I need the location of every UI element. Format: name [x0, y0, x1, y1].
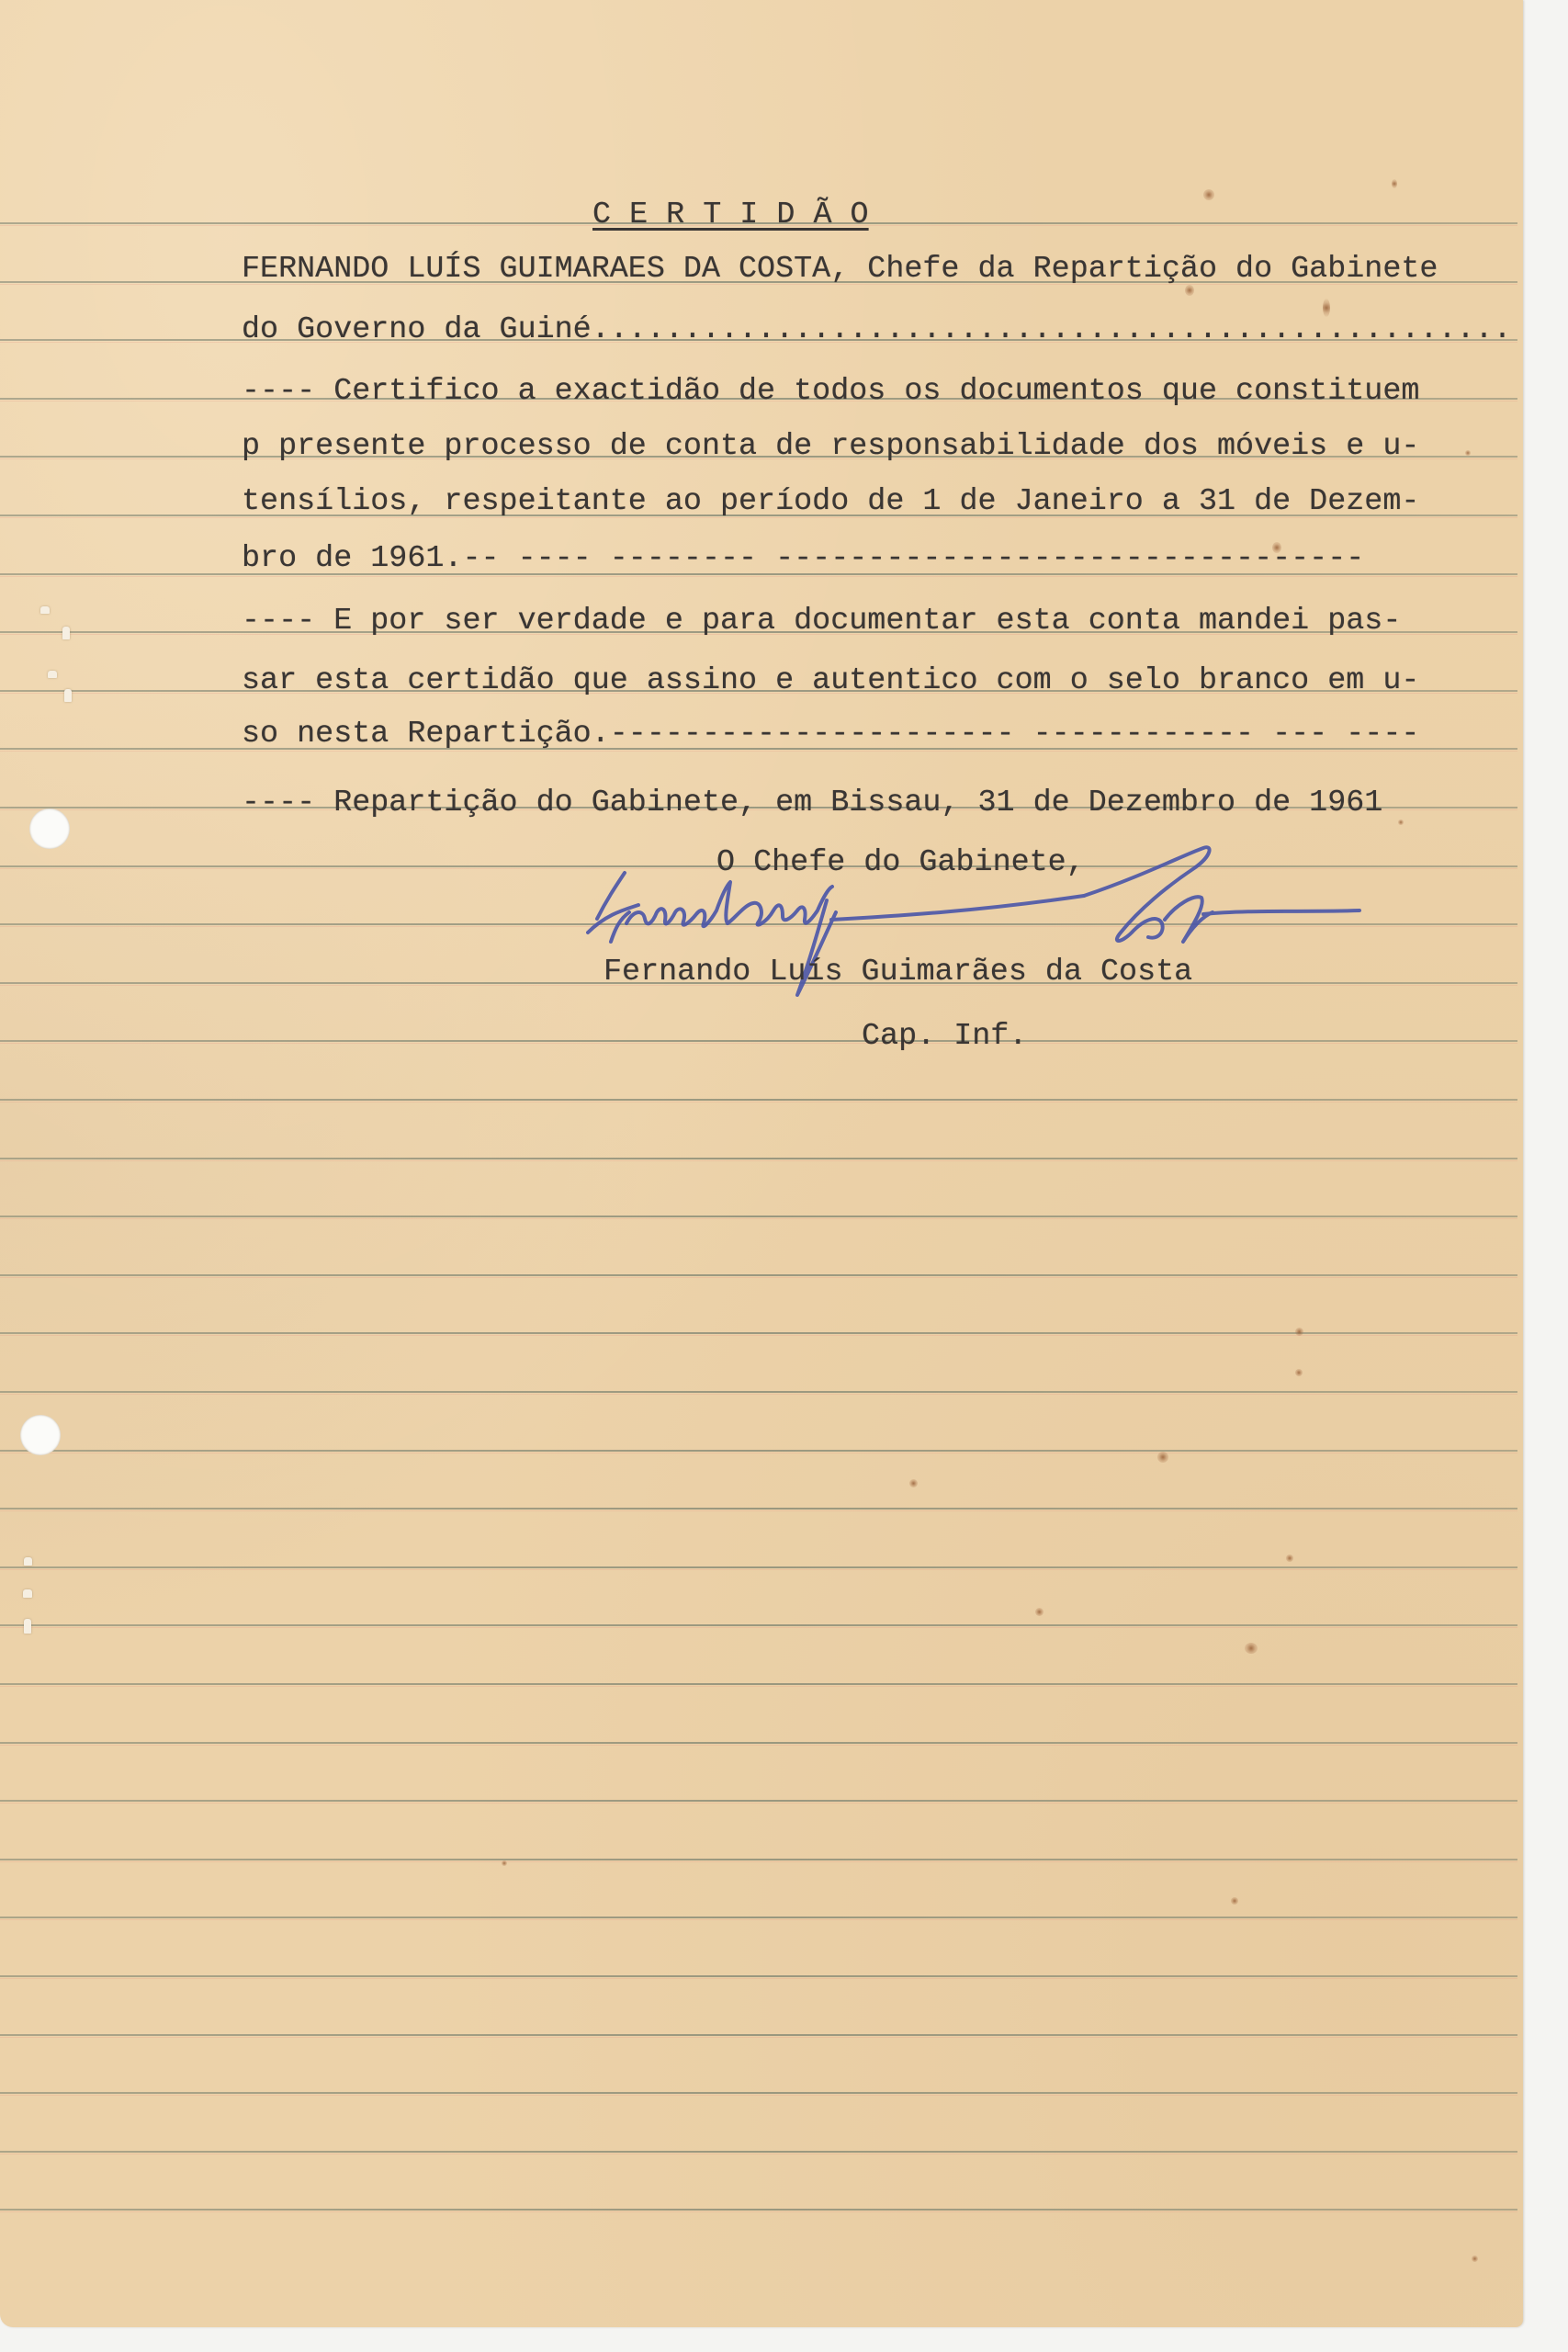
ruled-line: [0, 1566, 1517, 1568]
document-title: C E R T I D Ã O: [592, 200, 869, 231]
staple-tear-icon: [24, 1619, 31, 1634]
stain-spot: [909, 1479, 918, 1487]
ruled-line: [0, 1624, 1517, 1626]
ruled-line: [0, 1800, 1517, 1802]
body-line: p presente processo de conta de responsa…: [242, 432, 1419, 462]
staple-tear-icon: [40, 606, 50, 614]
body-line: ---- Certifico a exactidão de todos os d…: [242, 377, 1419, 407]
ruled-line: [0, 1450, 1517, 1452]
staple-tear-icon: [24, 1557, 32, 1566]
body-line: do Governo da Guiné.....................…: [242, 315, 1512, 345]
stain-spot: [1465, 450, 1471, 456]
stain-spot: [1231, 1897, 1238, 1905]
ruled-line: [0, 2209, 1517, 2211]
document-page: C E R T I D Ã O FERNANDO LUÍS GUIMARAES …: [0, 0, 1523, 2327]
body-line: FERNANDO LUÍS GUIMARAES DA COSTA, Chefe …: [242, 254, 1438, 285]
punch-hole-icon: [29, 808, 70, 849]
stain-spot: [502, 1860, 507, 1866]
ruled-line: [0, 1975, 1517, 1977]
ruled-line: [0, 1274, 1517, 1276]
ruled-line: [0, 1742, 1517, 1744]
stain-spot: [1398, 820, 1404, 825]
body-line: sar esta certidão que assino e autentico…: [242, 666, 1419, 696]
stain-spot: [1286, 1555, 1293, 1562]
stain-spot: [1203, 189, 1214, 200]
stain-spot: [1157, 1452, 1168, 1463]
stain-spot: [1392, 179, 1397, 188]
stain-spot: [1295, 1369, 1303, 1376]
staple-tear-icon: [48, 671, 57, 678]
ruled-line: [0, 1040, 1517, 1042]
stain-spot: [1295, 1328, 1303, 1336]
punch-hole-icon: [20, 1415, 61, 1455]
ruled-line: [0, 1216, 1517, 1217]
ruled-line: [0, 1859, 1517, 1860]
ruled-line: [0, 1683, 1517, 1685]
stain-spot: [1472, 2256, 1478, 2262]
body-line: ---- E por ser verdade e para documentar…: [242, 606, 1401, 637]
body-line: tensílios, respeitante ao período de 1 d…: [242, 487, 1419, 517]
signatory-name: Fernando Luís Guimarães da Costa: [604, 957, 1192, 988]
ruled-line: [0, 2092, 1517, 2094]
ruled-line: [0, 1158, 1517, 1159]
staple-tear-icon: [64, 689, 72, 702]
stain-spot: [1035, 1608, 1043, 1616]
body-line: bro de 1961.-- ---- -------- -----------…: [242, 544, 1364, 574]
ruled-line: [0, 1332, 1517, 1334]
ruled-line: [0, 1917, 1517, 1918]
stain-spot: [1245, 1643, 1258, 1654]
ruled-line: [0, 2034, 1517, 2036]
staple-tear-icon: [23, 1589, 32, 1598]
staple-tear-icon: [62, 627, 70, 639]
ruled-line: [0, 1391, 1517, 1393]
ruled-line: [0, 1099, 1517, 1101]
body-line: so nesta Repartição.--------------------…: [242, 719, 1419, 750]
ruled-line: [0, 2151, 1517, 2153]
signatory-rank: Cap. Inf.: [862, 1022, 1027, 1052]
ruled-line: [0, 1508, 1517, 1510]
body-line: ---- Repartição do Gabinete, em Bissau, …: [242, 788, 1382, 819]
